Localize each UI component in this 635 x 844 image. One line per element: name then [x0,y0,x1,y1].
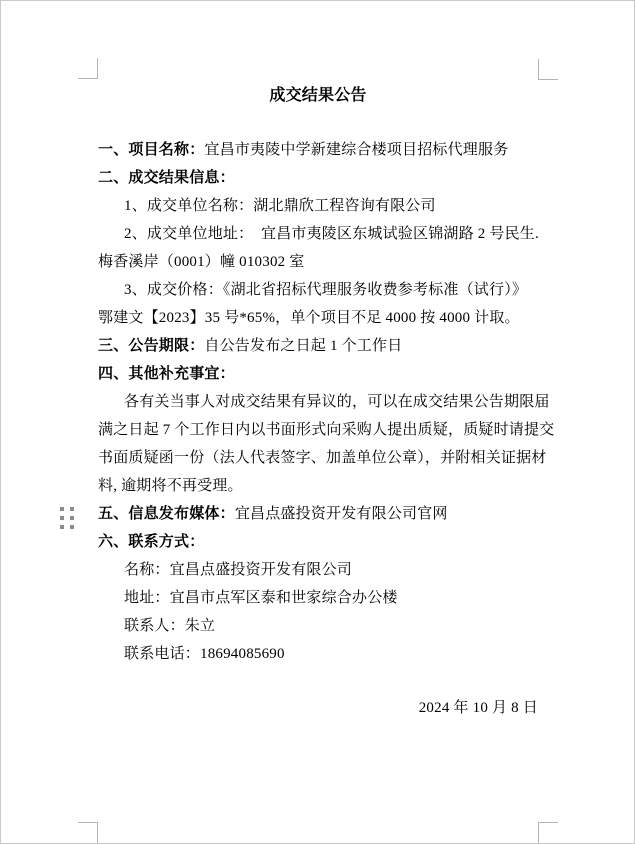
doc-line-objection-4: 料, 逾期将不再受理。 [98,472,538,500]
doc-line-contact-address: 地址：宜昌市点军区泰和世家综合办公楼 [98,584,538,612]
margin-crop-mark-top-right-icon [538,59,558,80]
drag-handle-icon[interactable] [60,507,75,532]
margin-crop-mark-bottom-right-icon [538,822,558,843]
document-page[interactable]: 成交结果公告 一、项目名称：宜昌市夷陵中学新建综合楼项目招标代理服务 二、成交结… [0,0,635,844]
doc-line-project-name: 一、项目名称：宜昌市夷陵中学新建综合楼项目招标代理服务 [98,136,538,164]
doc-line-objection-3: 书面质疑函一份（法人代表签字、加盖单位公章），并附相关证据材 [98,444,538,472]
doc-line-result-info-heading: 二、成交结果信息： [98,164,538,192]
doc-line-objection-1: 各有关当事人对成交结果有异议的，可以在成交结果公告期限届 [98,388,538,416]
doc-line-contact-person: 联系人：朱立 [98,612,538,640]
doc-line-winner-address: 2、成交单位地址： 宜昌市夷陵区东城试验区锦湖路 2 号民生. [98,220,538,248]
doc-line-price-cont: 鄂建文【2023】35 号*65%，单个项目不足 4000 按 4000 计取。 [98,304,538,332]
document-body: 成交结果公告 一、项目名称：宜昌市夷陵中学新建综合楼项目招标代理服务 二、成交结… [98,82,538,722]
doc-line-announcement-period: 三、公告期限：自公告发布之日起 1 个工作日 [98,332,538,360]
blank-line [98,109,538,136]
blank-line [98,668,538,695]
doc-line-objection-2: 满之日起 7 个工作日内以书面形式向采购人提出质疑，质疑时请提交 [98,416,538,444]
doc-line-contact-name: 名称：宜昌点盛投资开发有限公司 [98,556,538,584]
doc-line-winner-name: 1、成交单位名称：湖北鼎欣工程咨询有限公司 [98,192,538,220]
doc-line-supplement-heading: 四、其他补充事宜： [98,360,538,388]
margin-crop-mark-bottom-left-icon [78,822,98,843]
doc-line-winner-address-cont: 梅香溪岸（0001）幢 010302 室 [98,248,538,276]
doc-line-contact-heading: 六、联系方式： [98,528,538,556]
doc-line-media: 五、信息发布媒体：宜昌点盛投资开发有限公司官网 [98,500,538,528]
doc-line-contact-phone: 联系电话：18694085690 [98,640,538,668]
margin-crop-mark-top-left-icon [78,58,98,79]
doc-line-price: 3、成交价格：《湖北省招标代理服务收费参考标准（试行）》 [98,276,538,304]
document-title: 成交结果公告 [98,82,538,109]
document-date: 2024 年 10 月 8 日 [98,695,538,722]
